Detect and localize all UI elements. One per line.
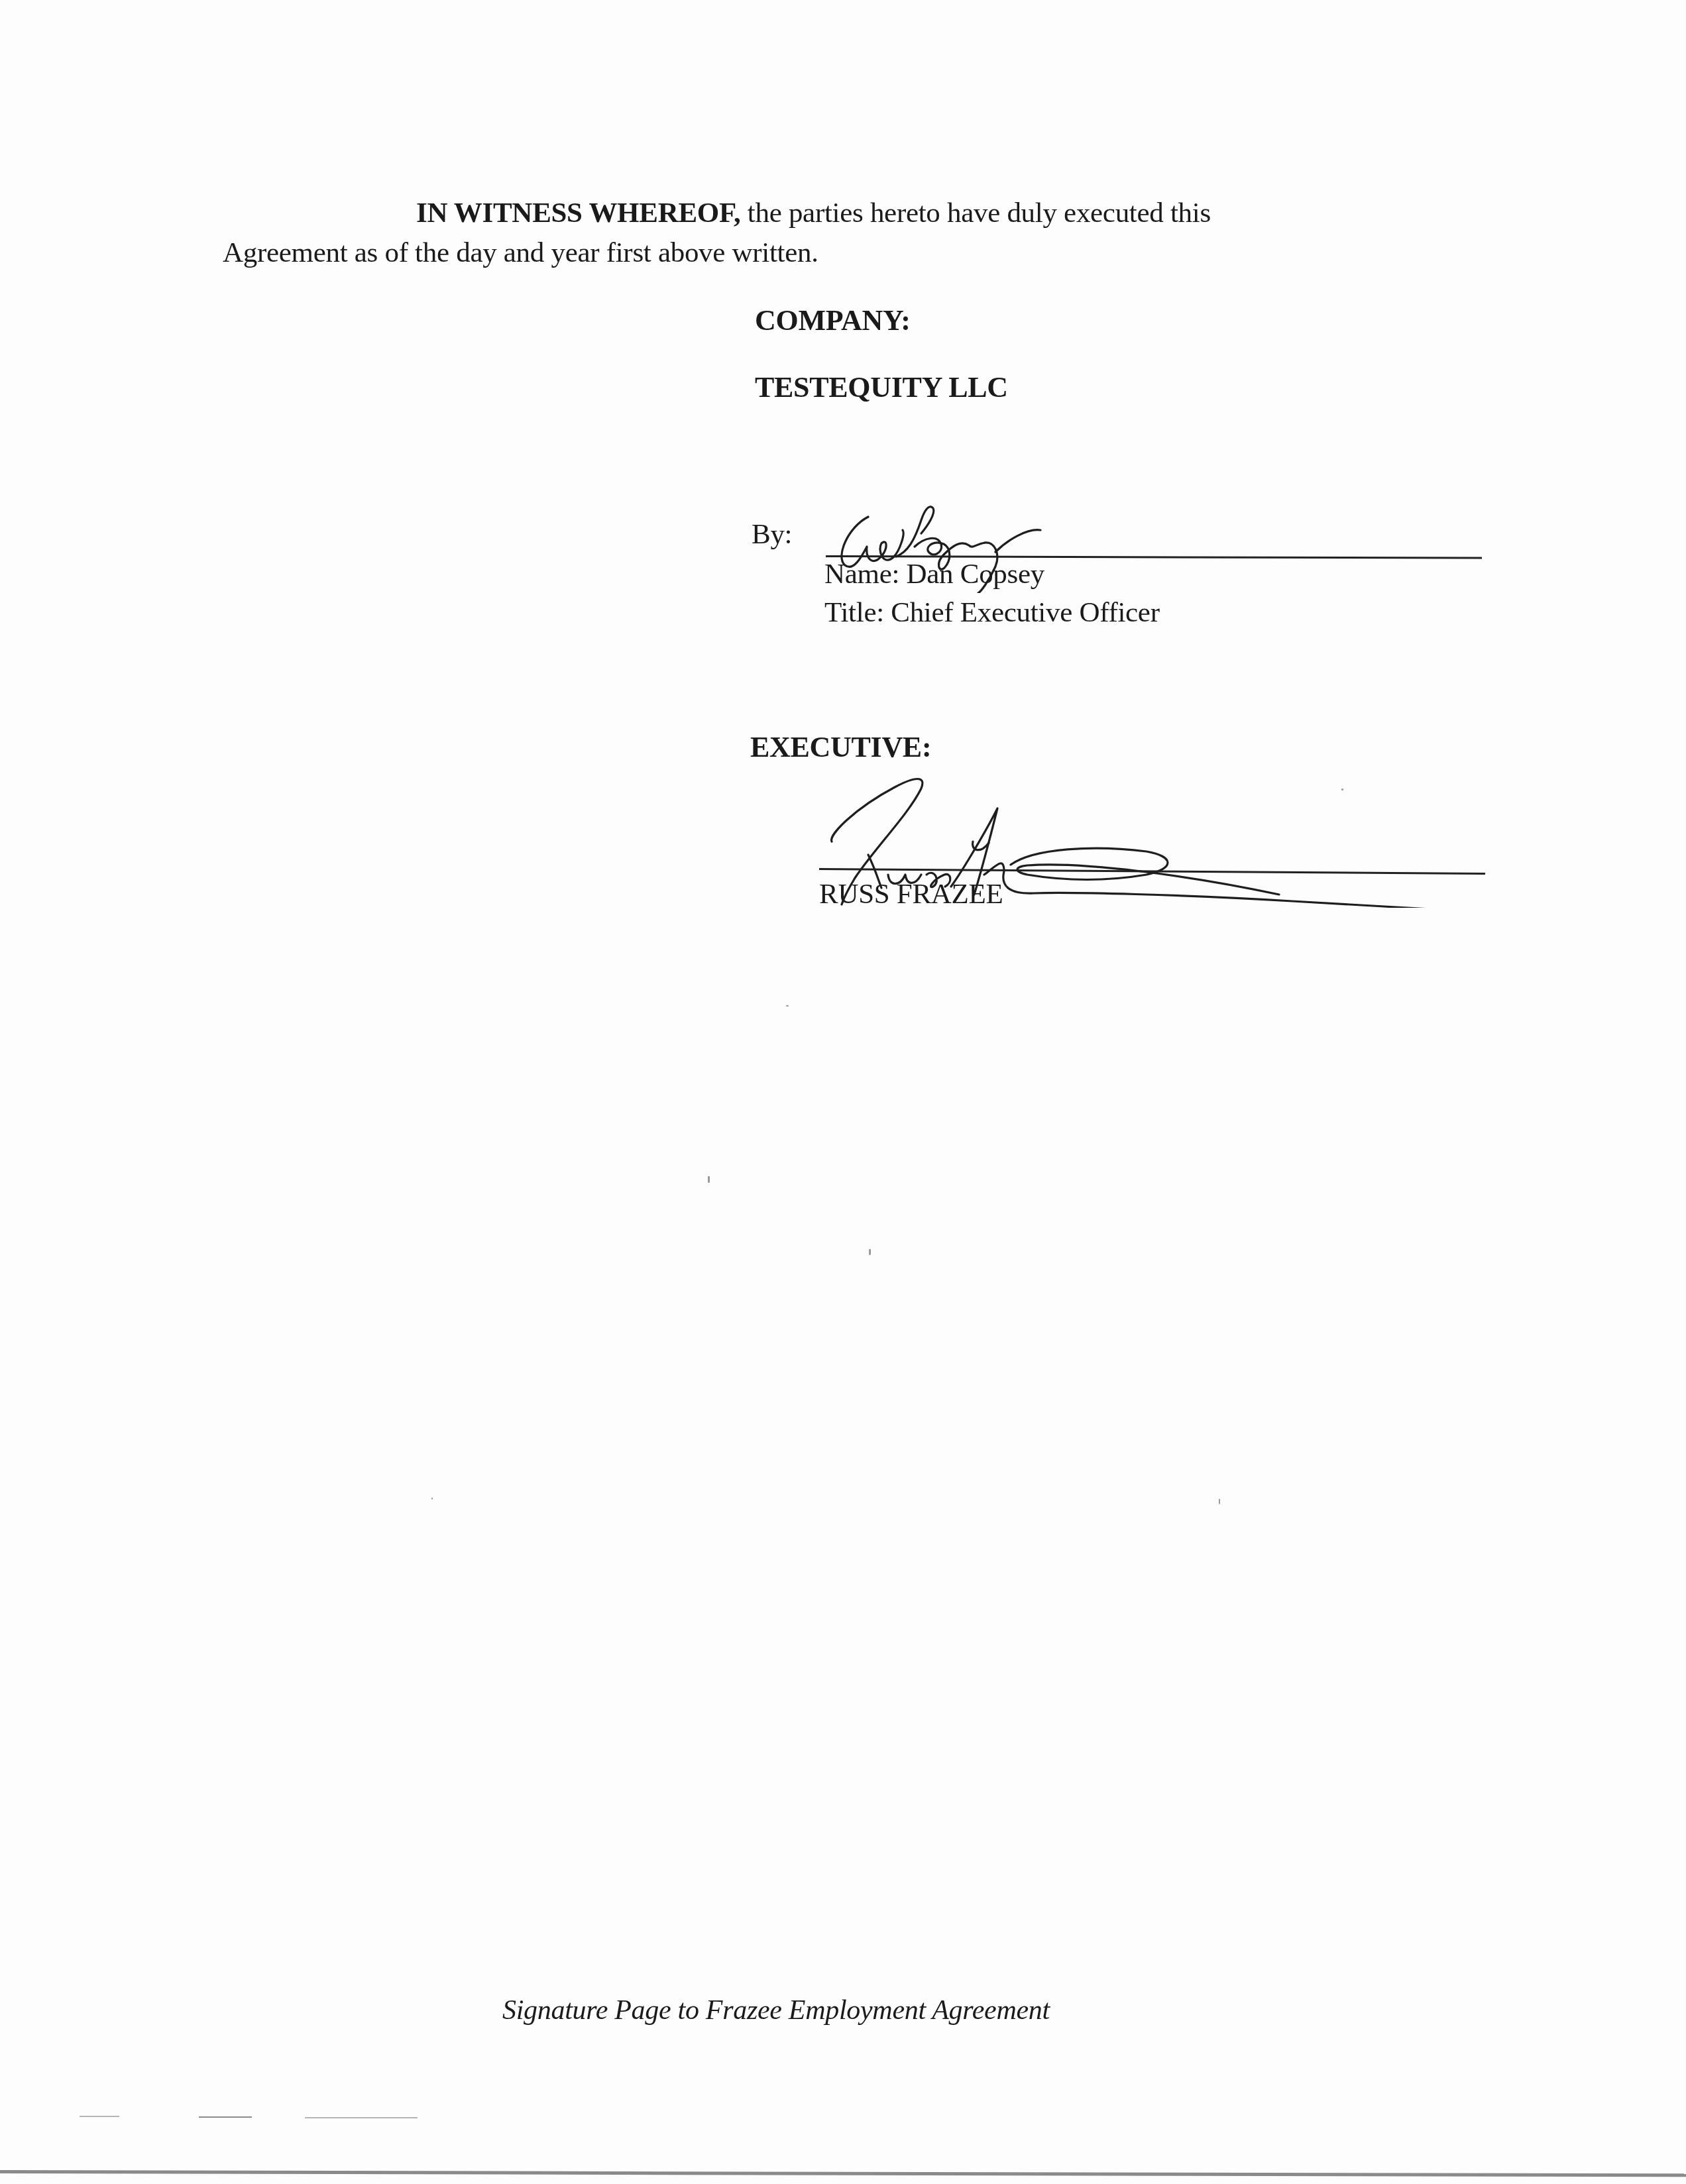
company-name: TESTEQUITY LLC [755, 373, 1008, 402]
scan-artifact [305, 2117, 418, 2118]
company-heading: COMPANY: [755, 306, 911, 335]
witness-clause-line-2: Agreement as of the day and year first a… [223, 239, 818, 267]
page-bottom-edge [0, 2170, 1686, 2177]
witness-clause-text: the parties hereto have duly executed th… [740, 197, 1210, 229]
witness-clause-lead: IN WITNESS WHEREOF, [416, 197, 740, 229]
signatory-name: Name: Dan Copsey [824, 560, 1044, 588]
scan-artifact [869, 1249, 871, 1255]
witness-clause-line-1: IN WITNESS WHEREOF, the parties hereto h… [416, 199, 1211, 227]
scan-artifact [1341, 789, 1343, 791]
scan-artifact [199, 2116, 252, 2118]
signatory-title: Title: Chief Executive Officer [824, 598, 1160, 627]
scan-artifact [708, 1176, 710, 1183]
scan-artifact [80, 2116, 119, 2117]
executive-heading: EXECUTIVE: [750, 733, 931, 762]
by-label: By: [752, 520, 792, 549]
scan-artifact [1219, 1499, 1220, 1504]
executive-signature-line [819, 868, 1485, 875]
scan-artifact [431, 1498, 433, 1500]
footer-caption: Signature Page to Frazee Employment Agre… [502, 1996, 1050, 2024]
scan-artifact [786, 1005, 789, 1007]
executive-printed-name: RUSS FRAZEE [819, 880, 1003, 908]
signature-page: IN WITNESS WHEREOF, the parties hereto h… [0, 0, 1686, 2184]
